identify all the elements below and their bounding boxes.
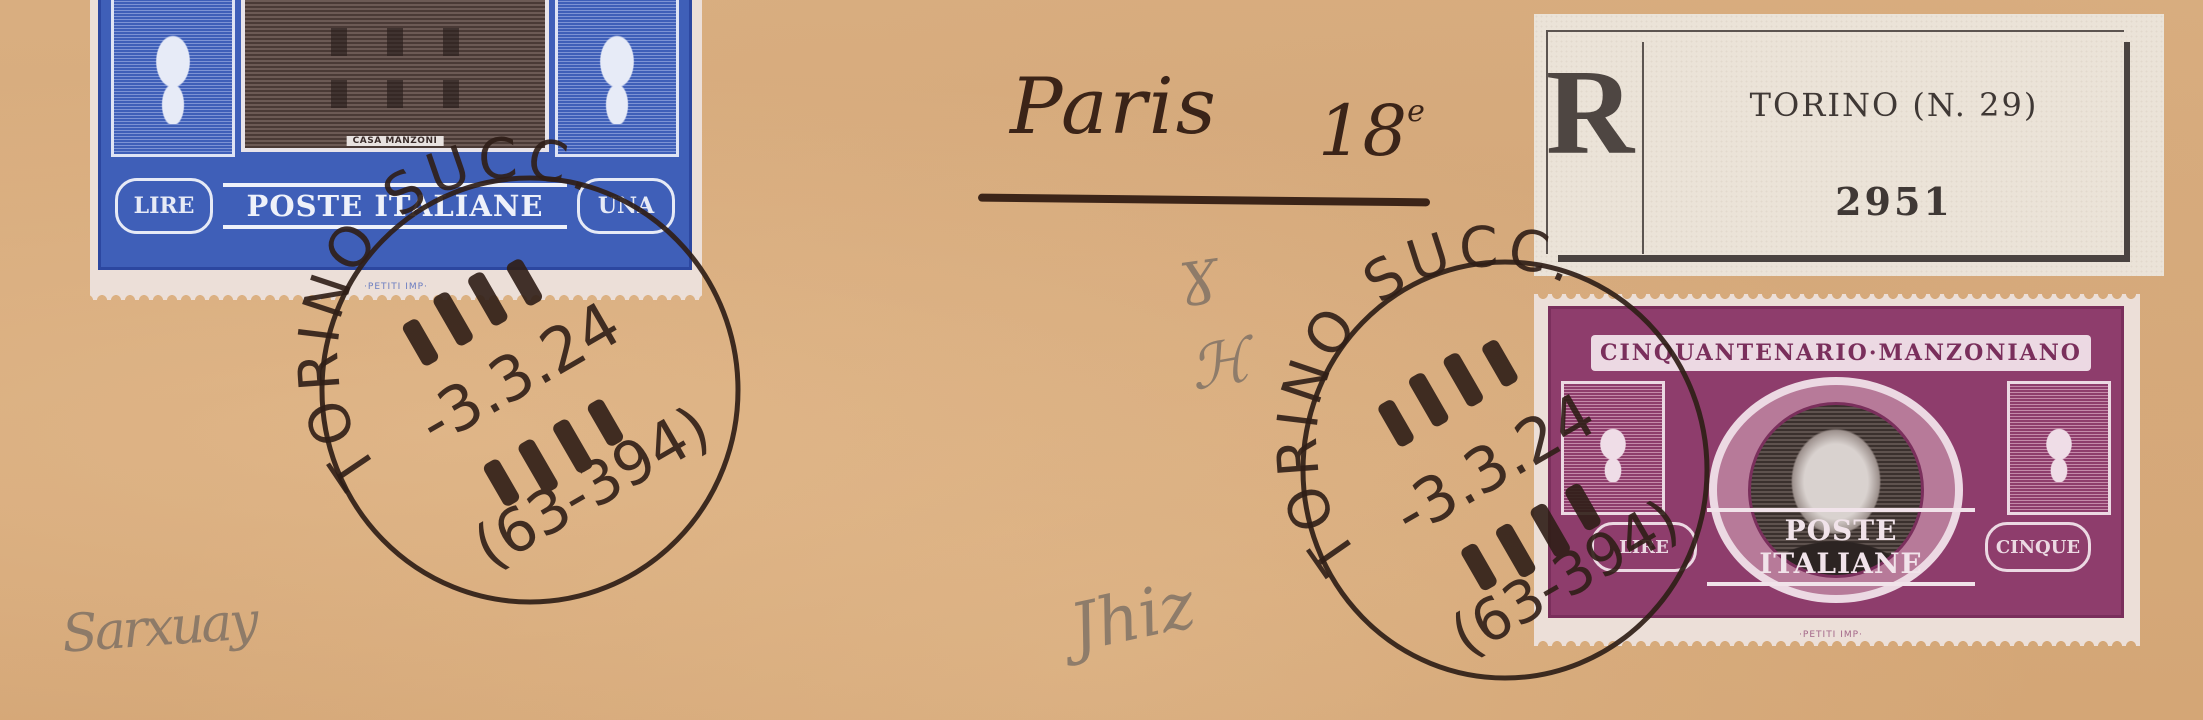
arrondissement-suffix: e [1407, 94, 1425, 129]
value-label-right: CINQUE [1985, 522, 2091, 572]
value-label-left: LIRE [115, 178, 213, 234]
pencil-signature-left: Sarxuay [60, 591, 257, 664]
post-office-name: TORINO (N. 29) [1644, 86, 2144, 124]
country-name: POSTE ITALIANE [1707, 508, 1975, 586]
ornament-panel-right [2007, 381, 2111, 515]
registered-mark: R [1546, 52, 1618, 174]
fleur-ornament-icon [2028, 424, 2090, 482]
destination-underline [978, 194, 1430, 207]
postmark-right: TORINO SUCC. -3.3.24 (63-394) [1290, 255, 1720, 685]
pencil-mark-upper: Ɣ [1176, 248, 1223, 316]
registration-number: 2951 [1644, 179, 2144, 224]
registration-label: R TORINO (N. 29) 2951 [1534, 14, 2164, 276]
pencil-signature-center: Jhiz [1063, 566, 1201, 667]
building-windows [305, 17, 465, 108]
postmark-left: TORINO SUCC. -3.3.24 (63-394) [310, 170, 750, 610]
postmark-date: -3.3.24 [1381, 378, 1608, 551]
pencil-mark-lower: ℋ [1184, 325, 1255, 404]
ornament-panel-right [555, 0, 679, 157]
destination-arrondissement: 18e [1318, 90, 1425, 172]
destination-city-handwritten: Paris [1010, 62, 1218, 152]
fleur-ornament-icon [576, 28, 658, 124]
fleur-ornament-icon [132, 28, 214, 124]
arrondissement-number: 18 [1318, 90, 1407, 172]
ornament-panel-left [111, 0, 235, 157]
